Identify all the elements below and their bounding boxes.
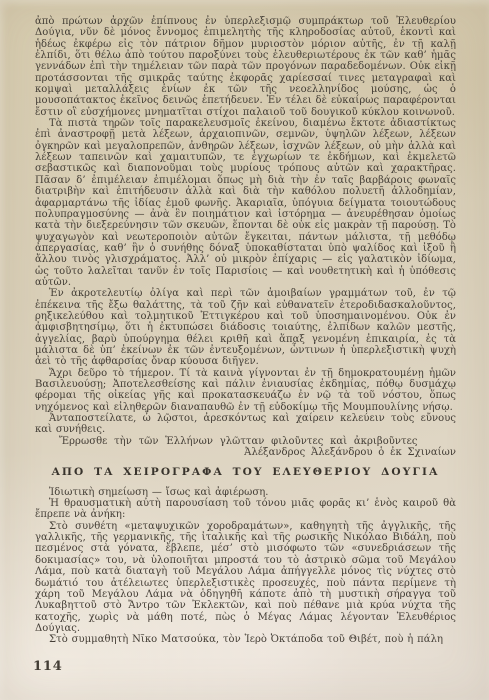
body-paragraph: Ἡ θραυσματικὴ αὐτὴ παρουσίαση τοῦ τόνου … [35, 498, 456, 521]
section-heading: ΑΠΟ ΤΑ ΧΕΙΡΟΓΡΑΦΑ ΤΟΥ ΕΛΕΥΘΕΡΙΟΥ ΔΟΥΓΙΑ [35, 467, 456, 478]
scanned-book-page: ἀπὸ πρώτων ἀρχῶν ἐπίπνους ἐν ὑπερλεξισμῷ… [0, 0, 489, 700]
body-paragraph: Τὰ πιστὰ τηρῶν τοῖς παρακελευσμοῖς ἐκείν… [35, 118, 456, 288]
body-paragraph: ἀπὸ πρώτων ἀρχῶν ἐπίπνους ἐν ὑπερλεξισμῷ… [35, 16, 456, 118]
body-paragraph: Ἀνταποστείλατε, ὦ λῷστοι, ἀρεσκόντως καὶ… [35, 413, 456, 436]
page-number: 114 [33, 659, 63, 674]
signature-line: Ἀλέξανδρος Ἀλεξάνδρου ὁ ἐκ Σχιναίων [35, 447, 456, 458]
body-paragraph: Ἐν ἀκροτελευτίῳ ὀλίγα καὶ περὶ τῶν ἀμοιβ… [35, 288, 456, 367]
body-paragraph: Ἰδιωτικὴ σημείωση — ἴσως καὶ ἀφιέρωση. [35, 487, 456, 498]
closing-salutation: Ἔρρωσθε τὴν τῶν Ἑλλήνων γλῶτταν φιλοῦντε… [35, 436, 456, 447]
body-paragraph: Στὸ συνθέτη «μεταψυχικῶν χοροδραμάτων», … [35, 521, 456, 634]
letter-text-column: ἀπὸ πρώτων ἀρχῶν ἐπίπνους ἐν ὑπερλεξισμῷ… [35, 16, 456, 646]
body-paragraph: Στὸ συμμαθητὴ Νῖκο Ματσούκα, τὸν Ἱερὸ Ὀκ… [35, 634, 456, 645]
body-paragraph: Ἄχρι δεῦρο τὸ τήμερον. Τί τὰ καινὰ γίγνο… [35, 368, 456, 413]
